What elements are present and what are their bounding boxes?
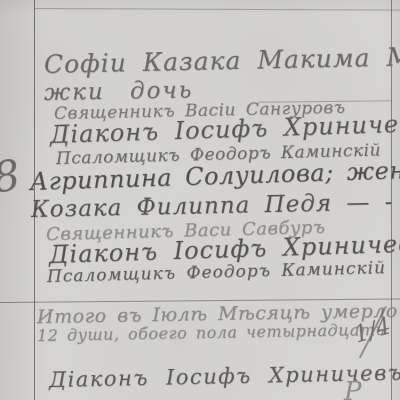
scanned-register-page: 8 Софіи Казака Макима Ми жки дочь Священ… [0, 0, 400, 400]
margin-record-number: 8 [0, 150, 23, 202]
top-rule-line [34, 8, 400, 11]
handwritten-line-deceased-name: Софіи Казака Макима Ми [44, 42, 400, 79]
corner-flourish-letter: Р [344, 377, 362, 400]
